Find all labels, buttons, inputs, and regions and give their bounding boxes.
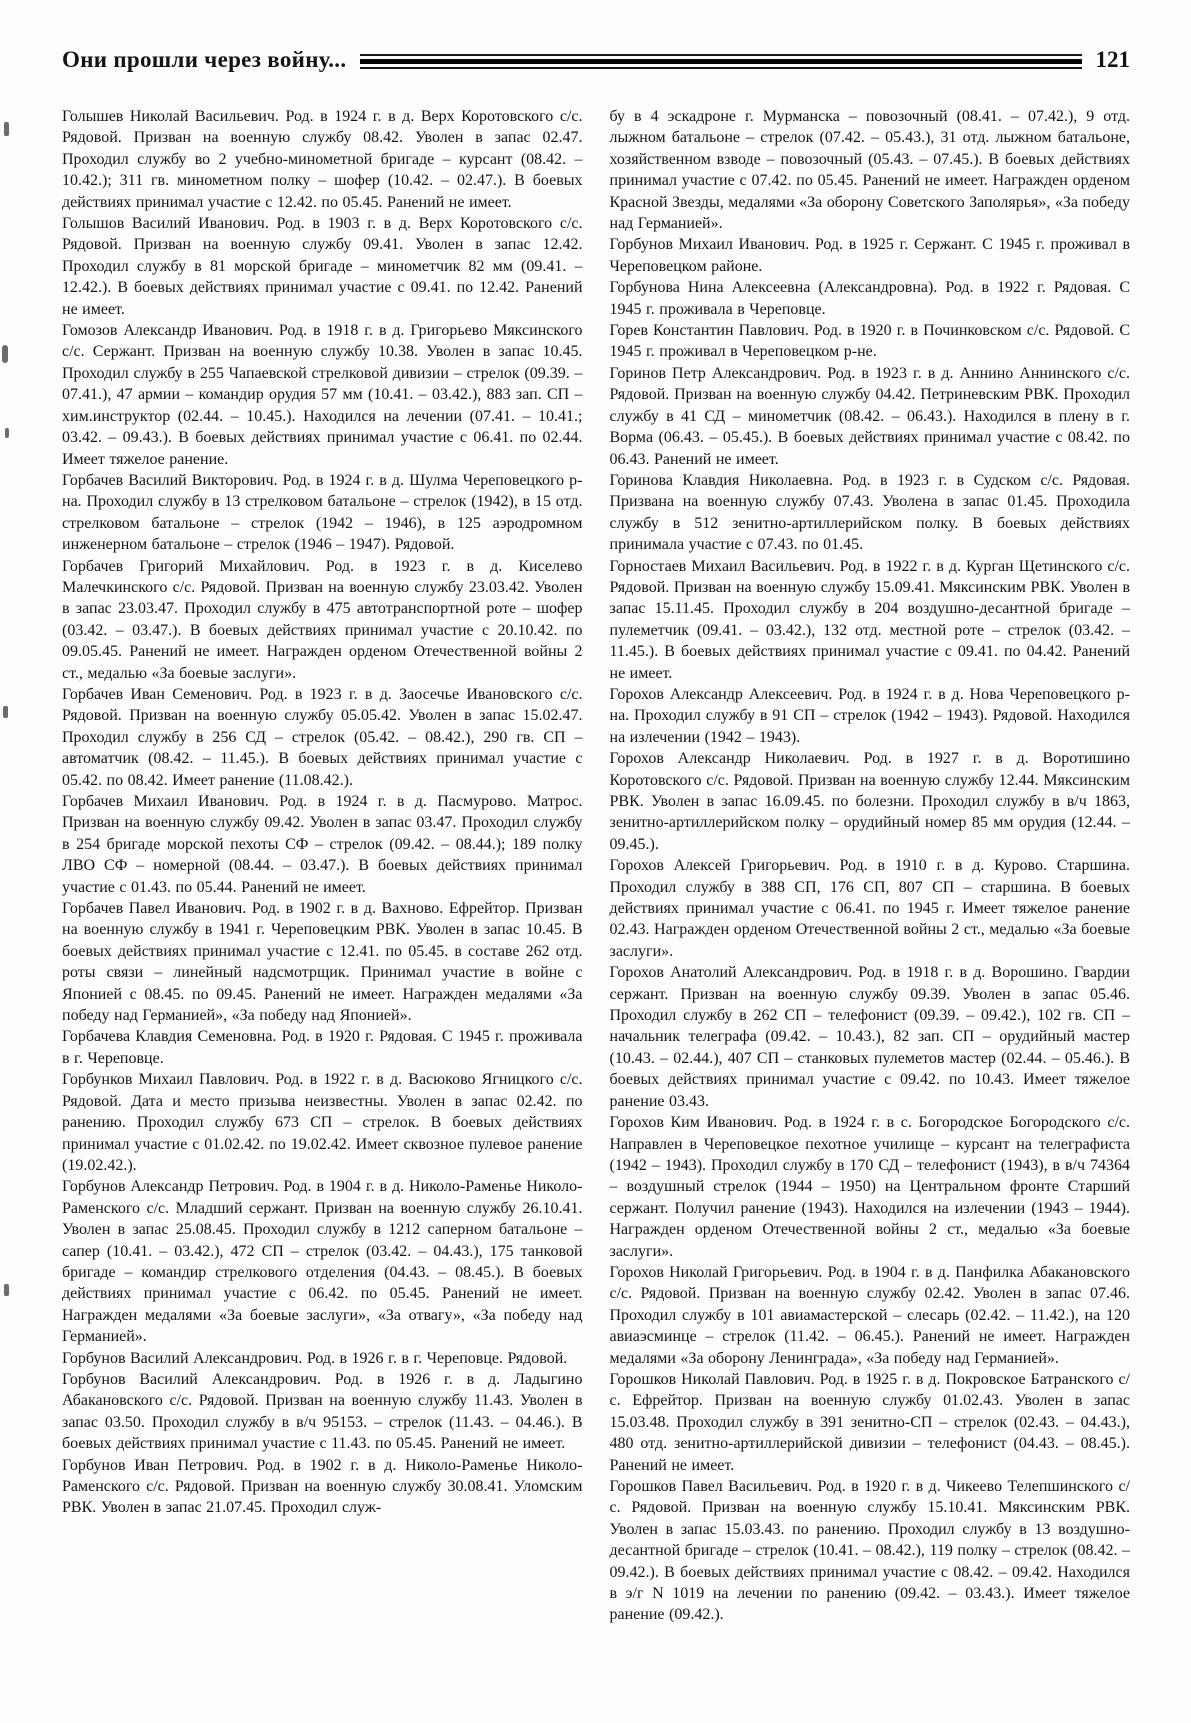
entry-paragraph: Горинов Петр Александрович. Род. в 1923 … [610,363,1131,470]
entry-paragraph: Голышов Василий Иванович. Род. в 1903 г.… [62,213,583,320]
entry-paragraph: Горохов Александр Николаевич. Род. в 192… [610,748,1131,855]
entry-paragraph: Гомозов Александр Иванович. Род. в 1918 … [62,320,583,470]
scan-artifact [2,345,8,363]
rule-line-top [360,54,1081,56]
running-title: Они прошли через войну... [62,47,346,73]
entry-paragraph: Горбачев Василий Викторович. Род. в 1924… [62,470,583,556]
entry-paragraph: Горохов Ким Иванович. Род. в 1924 г. в с… [610,1112,1131,1262]
entry-paragraph: Горохов Анатолий Александрович. Род. в 1… [610,962,1131,1112]
entry-paragraph: Горбачев Иван Семенович. Род. в 1923 г. … [62,684,583,791]
entry-paragraph: Горев Константин Павлович. Род. в 1920 г… [610,320,1131,363]
entry-paragraph: Горностаев Михаил Васильевич. Род. в 192… [610,556,1131,684]
right-column: бу в 4 эскадроне г. Мурманска – повозочн… [610,106,1131,1626]
entry-paragraph: Горошков Николай Павлович. Род. в 1925 г… [610,1369,1131,1476]
scan-artifact [4,1284,9,1296]
entry-paragraph: Горохов Алексей Григорьевич. Род. в 1910… [610,855,1131,962]
entry-paragraph: Горохов Александр Алексеевич. Род. в 192… [610,684,1131,748]
page-number: 121 [1096,47,1131,73]
left-column: Голышев Николай Васильевич. Род. в 1924 … [62,106,583,1626]
entry-paragraph: Горбачев Михаил Иванович. Род. в 1924 г.… [62,791,583,898]
text-columns: Голышев Николай Васильевич. Род. в 1924 … [62,106,1130,1626]
entry-paragraph: бу в 4 эскадроне г. Мурманска – повозочн… [610,106,1131,234]
entry-paragraph: Голышев Николай Васильевич. Род. в 1924 … [62,106,583,213]
page-header: Они прошли через войну... 121 [62,44,1130,76]
entry-paragraph: Горбачева Клавдия Семеновна. Род. в 1920… [62,1026,583,1069]
scan-artifact [3,706,8,718]
entry-paragraph: Горошков Павел Васильевич. Род. в 1920 г… [610,1476,1131,1626]
book-page: Они прошли через войну... 121 Голышев Ни… [0,0,1191,1626]
entry-paragraph: Горбачев Григорий Михайлович. Род. в 192… [62,556,583,684]
rule-line-bottom [360,67,1081,69]
entry-paragraph: Горбунков Михаил Павлович. Род. в 1922 г… [62,1069,583,1176]
entry-paragraph: Горбунов Василий Александрович. Род. в 1… [62,1369,583,1455]
entry-paragraph: Горбунов Иван Петрович. Род. в 1902 г. в… [62,1455,583,1519]
entry-paragraph: Горбунов Александр Петрович. Род. в 1904… [62,1176,583,1347]
entry-paragraph: Горбунова Нина Алексеевна (Александровна… [610,277,1131,320]
entry-paragraph: Горбунов Василий Александрович. Род. в 1… [62,1348,583,1369]
entry-paragraph: Горбачев Павел Иванович. Род. в 1902 г. … [62,898,583,1026]
entry-paragraph: Горинова Клавдия Николаевна. Род. в 1923… [610,470,1131,556]
header-rule-decoration [360,54,1081,69]
scan-artifact [5,428,9,438]
entry-paragraph: Горбунов Михаил Иванович. Род. в 1925 г.… [610,234,1131,277]
entry-paragraph: Горохов Николай Григорьевич. Род. в 1904… [610,1262,1131,1369]
scan-artifact [4,122,9,136]
rule-line-middle [360,59,1081,64]
